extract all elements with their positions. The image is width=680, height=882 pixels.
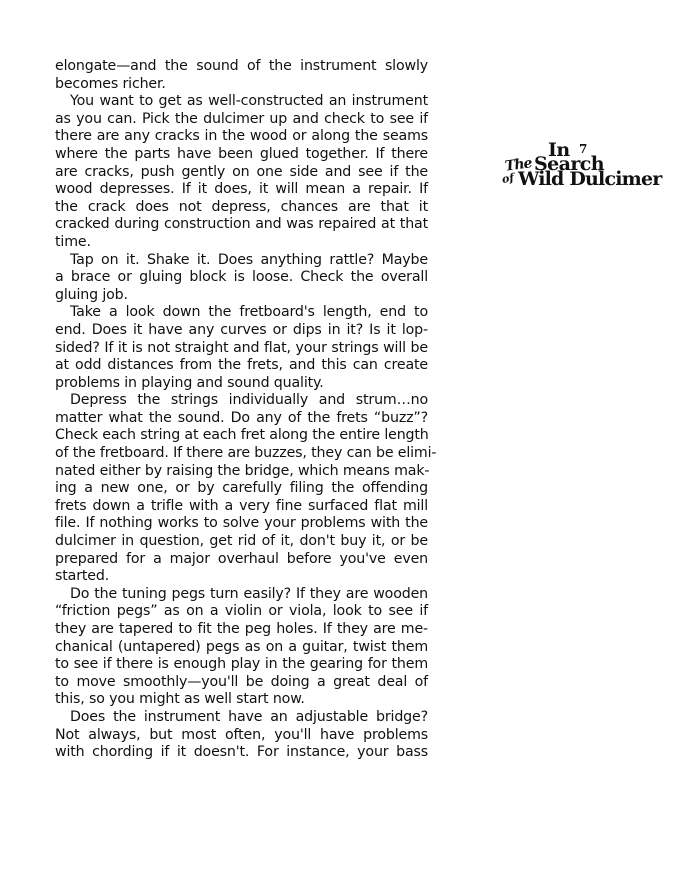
text-line: wood depresses. If it does, it will mean…	[55, 181, 428, 199]
text-line: prepared for a major overhaul before you…	[55, 551, 428, 569]
text-line: becomes richer.	[55, 76, 428, 94]
logo-word-of: of	[501, 172, 515, 186]
text-line: file. If nothing works to solve your pro…	[55, 515, 428, 533]
paragraph-start-line: You want to get as well-constructed an i…	[55, 93, 428, 111]
text-line: are cracks, push gently on one side and …	[55, 164, 428, 182]
text-line: Check each string at each fret along the…	[55, 427, 428, 445]
text-line: nated either by raising the bridge, whic…	[55, 463, 428, 481]
book-title-logo: In 7 Search The of Wild Dulcimer	[504, 140, 676, 196]
text-line: Not always, but most often, you'll have …	[55, 727, 428, 745]
text-line: chanical (untapered) pegs as on a guitar…	[55, 639, 428, 657]
text-line: a brace or gluing block is loose. Check …	[55, 269, 428, 287]
text-line: time.	[55, 234, 428, 252]
text-line: problems in playing and sound quality.	[55, 375, 428, 393]
text-line: gluing job.	[55, 287, 428, 305]
body-text-column: elongate—and the sound of the instrument…	[55, 58, 428, 762]
text-line: to move smoothly—you'll be doing a great…	[55, 674, 428, 692]
text-line: there are any cracks in the wood or alon…	[55, 128, 428, 146]
text-line: started.	[55, 568, 428, 586]
text-line: dulcimer in question, get rid of it, don…	[55, 533, 428, 551]
text-line: the crack does not depress, chances are …	[55, 199, 428, 217]
paragraph-start-line: Take a look down the fretboard's length,…	[55, 304, 428, 322]
text-line: ing a new one, or by carefully filing th…	[55, 480, 428, 498]
text-line: elongate—and the sound of the instrument…	[55, 58, 428, 76]
text-line: of the fretboard. If there are buzzes, t…	[55, 445, 428, 463]
paragraph-start-line: Tap on it. Shake it. Does anything rattl…	[55, 252, 428, 270]
paragraph-start-line: Depress the strings individually and str…	[55, 392, 428, 410]
paragraph-start-line: Do the tuning pegs turn easily? If they …	[55, 586, 428, 604]
text-line: this, so you might as well start now.	[55, 691, 428, 709]
logo-words-wild-dulcimer: Wild Dulcimer	[518, 169, 661, 189]
text-line: as you can. Pick the dulcimer up and che…	[55, 111, 428, 129]
text-line: matter what the sound. Do any of the fre…	[55, 410, 428, 428]
text-line: end. Does it have any curves or dips in …	[55, 322, 428, 340]
text-line: frets down a trifle with a very fine sur…	[55, 498, 428, 516]
paragraph-start-line: Does the instrument have an adjustable b…	[55, 709, 428, 727]
text-line: sided? If it is not straight and flat, y…	[55, 340, 428, 358]
text-line: where the parts have been glued together…	[55, 146, 428, 164]
text-line: with chording if it doesn't. For instanc…	[55, 744, 428, 762]
text-line: cracked during construction and was repa…	[55, 216, 428, 234]
text-line: they are tapered to fit the peg holes. I…	[55, 621, 428, 639]
text-line: at odd distances from the frets, and thi…	[55, 357, 428, 375]
text-line: to see if there is enough play in the ge…	[55, 656, 428, 674]
text-line: “friction pegs” as on a violin or viola,…	[55, 603, 428, 621]
